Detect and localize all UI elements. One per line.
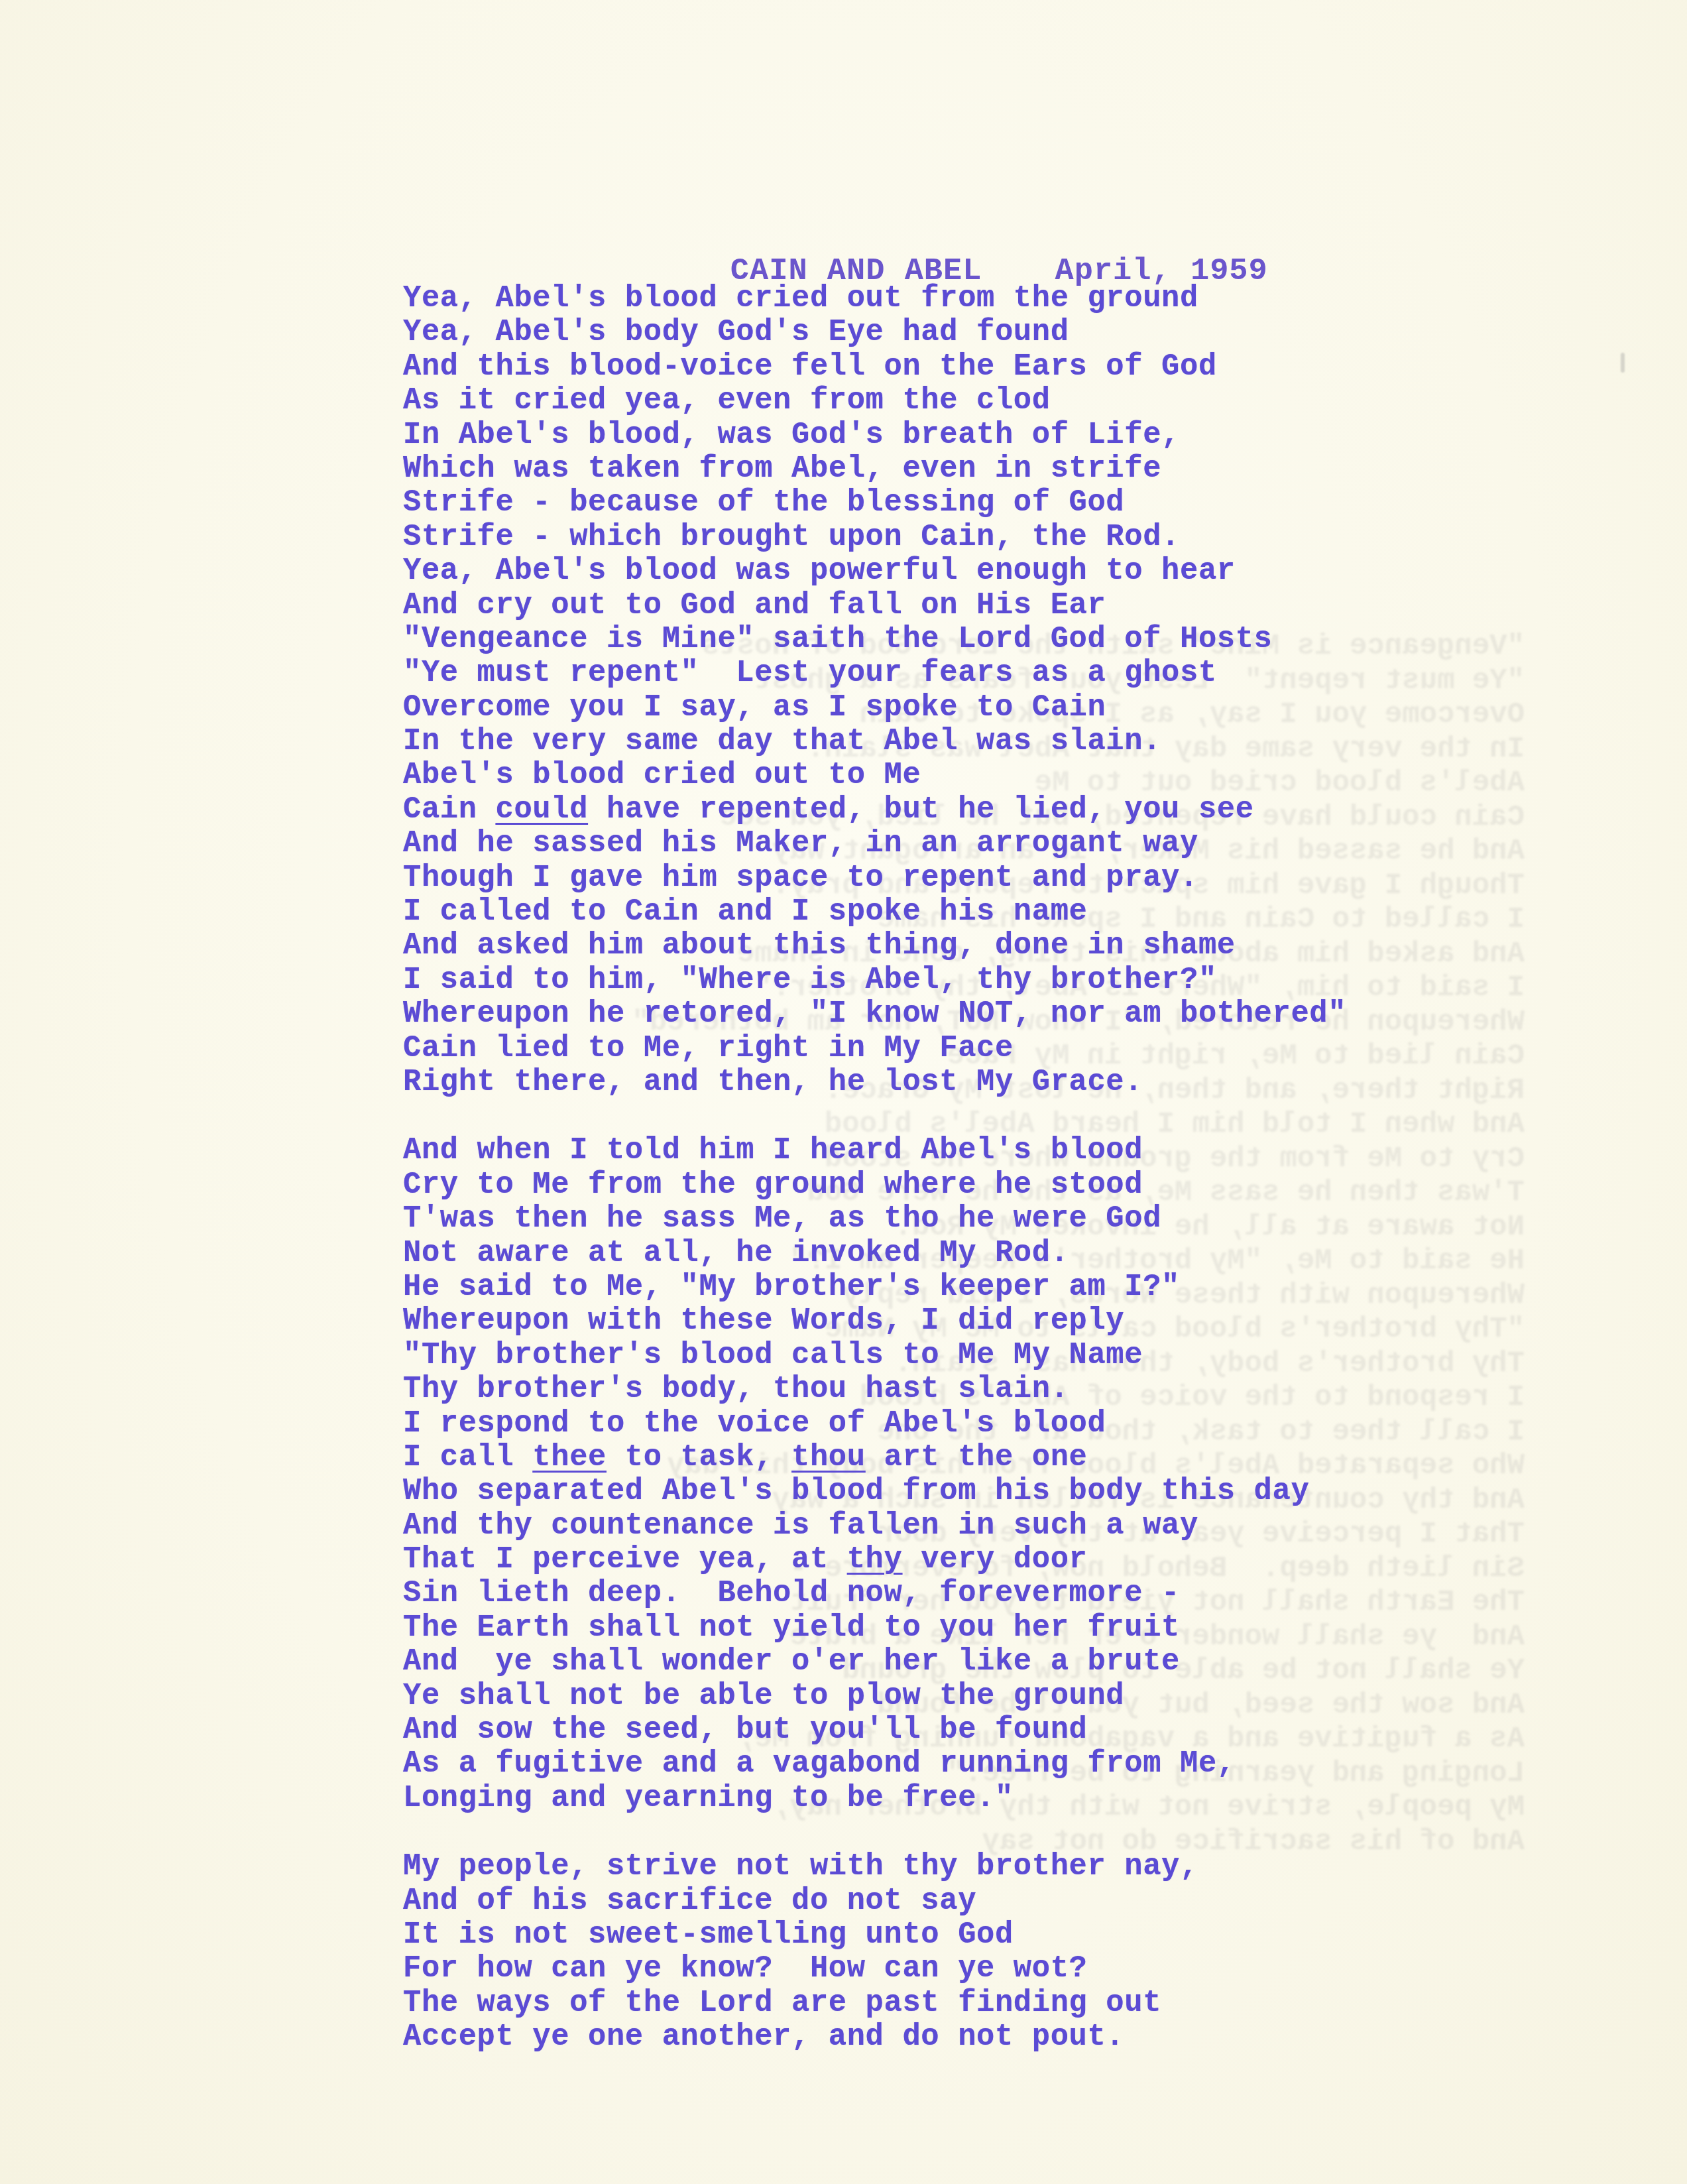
poem-line: Right there, and then, he lost My Grace.	[403, 1065, 1346, 1099]
poem-line: And ye shall wonder o'er her like a brut…	[403, 1645, 1346, 1679]
poem-line: In Abel's blood, was God's breath of Lif…	[403, 418, 1346, 452]
poem-line: And he sassed his Maker, in an arrogant …	[403, 827, 1346, 861]
poem-line: Yea, Abel's blood was powerful enough to…	[403, 554, 1346, 588]
poem-line: The Earth shall not yield to you her fru…	[403, 1611, 1346, 1645]
stanza: Yea, Abel's blood cried out from the gro…	[403, 282, 1346, 1099]
poem-line: Yea, Abel's body God's Eye had found	[403, 316, 1346, 349]
poem-line: I said to him, "Where is Abel, thy broth…	[403, 963, 1346, 997]
underlined-word: thy	[847, 1542, 903, 1577]
poem-line: "Vengeance is Mine" saith the Lord God o…	[403, 623, 1346, 656]
poem-line: It is not sweet-smelling unto God	[403, 1918, 1346, 1952]
poem-line: As a fugitive and a vagabond running fro…	[403, 1747, 1346, 1781]
poem-line: And asked him about this thing, done in …	[403, 929, 1346, 963]
poem-line: Thy brother's body, thou hast slain.	[403, 1372, 1346, 1406]
underlined-word: thee	[532, 1440, 607, 1475]
poem-line: And this blood-voice fell on the Ears of…	[403, 350, 1346, 384]
poem-line: Accept ye one another, and do not pout.	[403, 2020, 1346, 2054]
poem-line: In the very same day that Abel was slain…	[403, 725, 1346, 758]
poem-line: Overcome you I say, as I spoke to Cain	[403, 691, 1346, 725]
poem-line: "Thy brother's blood calls to Me My Name	[403, 1339, 1346, 1372]
poem-line: Strife - because of the blessing of God	[403, 486, 1346, 520]
poem-line: "Ye must repent" Lest your fears as a gh…	[403, 656, 1346, 690]
poem-line: Whereupon he retored, "I know NOT, nor a…	[403, 997, 1346, 1031]
poem-line: Sin lieth deep. Behold now, forevermore …	[403, 1577, 1346, 1610]
poem-line: As it cried yea, even from the clod	[403, 384, 1346, 418]
poem-line: Longing and yearning to be free."	[403, 1782, 1346, 1815]
poem-line: I called to Cain and I spoke his name	[403, 895, 1346, 929]
poem-line: Yea, Abel's blood cried out from the gro…	[403, 282, 1346, 316]
poem-line: He said to Me, "My brother's keeper am I…	[403, 1270, 1346, 1304]
poem-line: T'was then he sass Me, as tho he were Go…	[403, 1202, 1346, 1236]
underlined-word: could	[496, 792, 589, 827]
poem-line: Who separated Abel's blood from his body…	[403, 1475, 1346, 1508]
poem-line: Cry to Me from the ground where he stood	[403, 1168, 1346, 1202]
poem-line: Though I gave him space to repent and pr…	[403, 861, 1346, 895]
poem-line: For how can ye know? How can ye wot?	[403, 1952, 1346, 1986]
poem-line: That I perceive yea, at thy very door	[403, 1543, 1346, 1577]
poem-body: Yea, Abel's blood cried out from the gro…	[403, 282, 1346, 2055]
poem-line: Abel's blood cried out to Me	[403, 758, 1346, 792]
poem-line: Not aware at all, he invoked My Rod.	[403, 1237, 1346, 1270]
poem-line: I respond to the voice of Abel's blood	[403, 1407, 1346, 1441]
paper-mark	[1621, 353, 1625, 373]
poem-line: Cain could have repented, but he lied, y…	[403, 793, 1346, 827]
poem-line: My people, strive not with thy brother n…	[403, 1850, 1346, 1884]
poem-line: Which was taken from Abel, even in strif…	[403, 452, 1346, 486]
poem-line: And thy countenance is fallen in such a …	[403, 1509, 1346, 1543]
poem-line: Strife - which brought upon Cain, the Ro…	[403, 520, 1346, 554]
poem-line: Cain lied to Me, right in My Face	[403, 1032, 1346, 1065]
poem-line: Whereupon with these Words, I did reply	[403, 1304, 1346, 1338]
stanza: And when I told him I heard Abel's blood…	[403, 1134, 1346, 1815]
poem-line: And when I told him I heard Abel's blood	[403, 1134, 1346, 1168]
poem-line: And of his sacrifice do not say	[403, 1884, 1346, 1918]
poem-line: And cry out to God and fall on His Ear	[403, 589, 1346, 623]
stanza: My people, strive not with thy brother n…	[403, 1850, 1346, 2054]
underlined-word: thou	[791, 1440, 866, 1475]
poem-line: Ye shall not be able to plow the ground	[403, 1679, 1346, 1713]
poem-line: I call thee to task, thou art the one	[403, 1441, 1346, 1475]
poem-line: And sow the seed, but you'll be found	[403, 1713, 1346, 1747]
document-page: "Vengeance is Mine" saith the Lord God o…	[0, 0, 1687, 2184]
poem-line: The ways of the Lord are past finding ou…	[403, 1986, 1346, 2020]
